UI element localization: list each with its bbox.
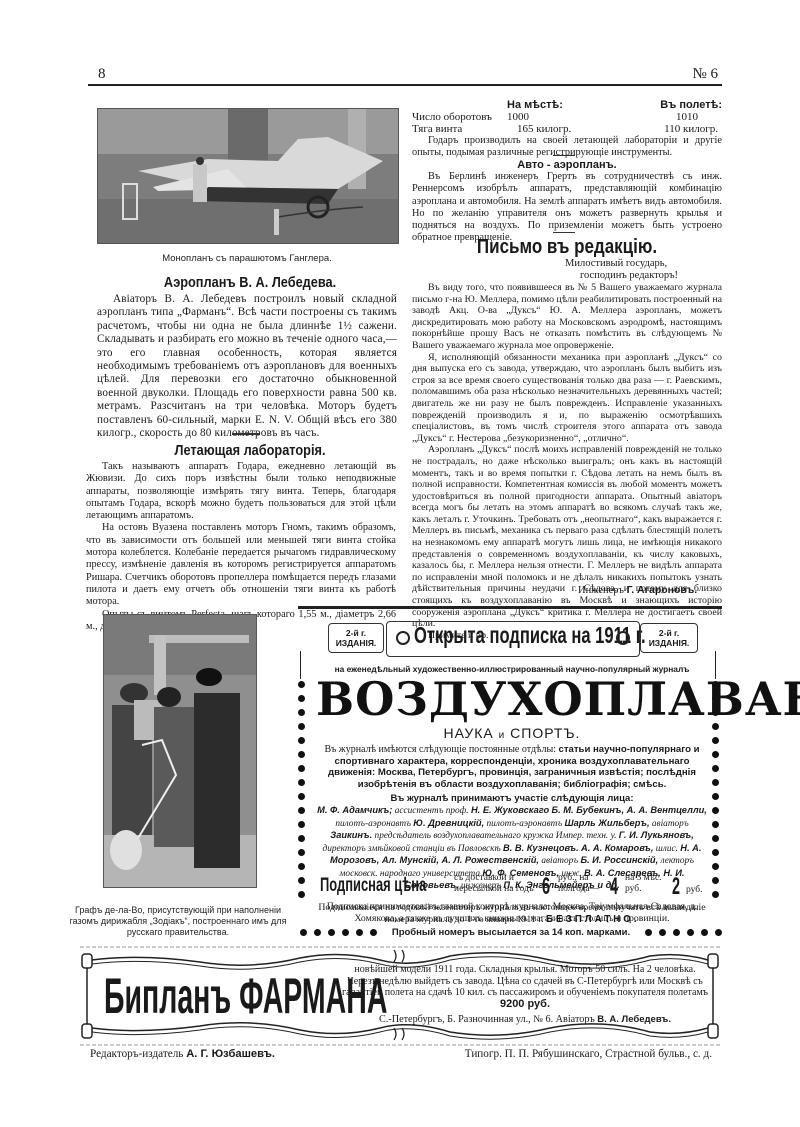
auto-heading: Авто - аэропланъ.: [412, 159, 722, 171]
signature-prefix: Инженеръ: [578, 585, 624, 596]
letter-salutation-1: Милостивый государь,: [565, 258, 667, 269]
price-quarter: 2: [672, 873, 680, 901]
results-col-label: [412, 99, 507, 111]
dot-ornament: [298, 765, 305, 772]
dot-ornament: [298, 835, 305, 842]
contributor-role: шлис.: [656, 844, 678, 854]
editor-label: Редакторъ-издатель: [90, 1048, 183, 1060]
farman-description: новѣйшей модели 1911 года. Складныя крыл…: [342, 964, 708, 1010]
letter-paragraph: Я, исполняющій обязанности механика при …: [412, 352, 722, 445]
price-year: 6: [542, 873, 550, 901]
price-label: Подписная цѣна: [320, 875, 426, 897]
dot-ornament: [712, 751, 719, 758]
table-cell: Тяга винта: [412, 123, 507, 135]
letter-salutation-2: господинъ редакторъ!: [580, 270, 678, 281]
table-cell: 1000: [507, 111, 627, 123]
dot-ornament: [298, 849, 305, 856]
farman-address-line: С.-Петербургъ, Б. Разночинная ул., № 6. …: [342, 1014, 708, 1025]
table-cell: Число оборотовъ: [412, 111, 507, 123]
farman-text: новѣйшей модели 1911 года. Складныя крыл…: [342, 964, 708, 998]
journal-title: ВОЗДУХОПЛАВАНІЕ: [316, 673, 708, 725]
badge-line-1: 2-й г.: [329, 628, 383, 638]
price-terms-quarter: на 3 мѣс. руб.: [625, 873, 669, 894]
dot-ornament: [328, 929, 335, 936]
lab-heading: Летающая лабораторія.: [114, 442, 386, 459]
badge-line-2: ИЗДАНІЯ.: [329, 638, 383, 648]
count-image: [104, 615, 256, 887]
contributor: Ю. Древницкій,: [413, 818, 484, 828]
price-terms-year: съ доставкой и пересылкой на годъ: [454, 873, 546, 894]
dot-ornament: [712, 891, 719, 898]
lebedev-text: Авіаторъ В. А. Лебедевъ построилъ новый …: [97, 293, 397, 440]
sample-note: Пробный номеръ высылается за 14 коп. мар…: [392, 927, 630, 938]
section-divider: [553, 155, 575, 156]
dot-ornament: [314, 929, 321, 936]
letter-paragraph: Аэропланъ „Дуксъ“ послѣ моихъ исправлені…: [412, 444, 722, 630]
ring-icon-right: [616, 631, 630, 645]
issue-number: № 6: [692, 66, 718, 83]
dot-ornament: [298, 793, 305, 800]
lab-paragraph-2: На остовъ Вуазена поставленъ моторъ Гном…: [86, 522, 396, 608]
ring-icon-left: [396, 631, 410, 645]
dot-ornament: [712, 765, 719, 772]
table-cell: 165 килогр.: [507, 123, 627, 135]
price-currency: руб.: [686, 885, 702, 895]
dot-ornament: [712, 737, 719, 744]
tagline-science: НАУКА: [444, 725, 494, 741]
dot-ornament: [673, 929, 680, 936]
contributor: М. Ф. Адамчикъ;: [317, 805, 392, 815]
dot-row-right: [645, 929, 722, 936]
farman-aviator: В. А. Лебедевъ.: [597, 1014, 671, 1025]
contributor: Г. И. Лукьяновъ,: [619, 830, 694, 840]
subscription-banner: Открыта подписка на 1911 г.: [414, 622, 646, 649]
dot-ornament: [342, 929, 349, 936]
dot-ornament: [298, 891, 305, 898]
dot-ornament: [298, 723, 305, 730]
left-dot-border: [298, 681, 305, 898]
contributor: Заикинъ.: [330, 830, 372, 840]
contributor: Б. М. Бубекинъ, А. А. Вентцелли,: [552, 805, 707, 815]
price-half: 4: [610, 873, 618, 901]
footer-printer: Типогр. П. П. Рябушинскаго, Страстной бу…: [465, 1048, 712, 1060]
count-photo: [103, 614, 257, 888]
dot-ornament: [645, 929, 652, 936]
edition-badge-right: 2-й г. ИЗДАНІЯ.: [640, 623, 698, 653]
contributor-role: пилотъ-аэронавтъ: [487, 819, 563, 829]
page-number: 8: [98, 66, 106, 83]
dot-ornament: [298, 863, 305, 870]
dot-ornament: [298, 695, 305, 702]
tagline-and: и: [499, 730, 506, 741]
auto-paragraph: Въ Берлинѣ инженеръ Грертъ въ сотрудниче…: [412, 171, 722, 245]
dot-ornament: [659, 929, 666, 936]
contributor-role: директоръ змѣйковой станціи въ Павловскѣ: [323, 844, 501, 854]
letter-heading: Письмо въ редакцію.: [435, 236, 699, 259]
dot-ornament: [298, 751, 305, 758]
contributor: А. А. Комаровъ,: [581, 843, 653, 853]
count-caption: Графъ де-ла-Во, присутствующій при напол…: [68, 905, 288, 938]
lebedev-heading: Аэропланъ В. А. Лебедева.: [114, 274, 386, 291]
sections-intro: Въ журналѣ имѣются слѣдующіе постоянные …: [324, 744, 556, 755]
tagline-sport: СПОРТЪ.: [510, 725, 580, 741]
sample-note-row: Пробный номеръ высылается за 14 коп. мар…: [300, 926, 722, 938]
badge-line-1: 2-й г.: [641, 628, 697, 638]
dot-ornament: [712, 849, 719, 856]
badge-line-2: ИЗДАНІЯ.: [641, 638, 697, 648]
table-row: Число оборотовъ 1000 1010: [412, 111, 722, 123]
letter-paragraph: Въ виду того, что появившееся въ № 5 Ваш…: [412, 282, 722, 352]
dot-ornament: [370, 929, 377, 936]
left-rule: [300, 651, 301, 679]
dot-ornament: [712, 807, 719, 814]
table-cell: 110 килогр.: [627, 123, 722, 135]
lebedev-paragraph: Авіаторъ В. А. Лебедевъ построилъ новый …: [97, 293, 397, 440]
dot-ornament: [300, 929, 307, 936]
section-divider: [232, 433, 260, 435]
contributor-role: предсѣдатель воздухоплавательнаго кружка…: [375, 831, 617, 841]
dot-ornament: [687, 929, 694, 936]
results-col-flight: Въ полетѣ:: [627, 99, 722, 111]
contributors-heading: Въ журналѣ принимаютъ участіе слѣдующія …: [312, 793, 712, 804]
office-note: Подписка принимается: въ главной конторѣ…: [316, 901, 708, 924]
dot-ornament: [712, 877, 719, 884]
dot-ornament: [298, 681, 305, 688]
table-cell: 1010: [627, 111, 722, 123]
contributor-role: пилотъ-аэронавтъ: [335, 819, 411, 829]
letter-signature: Инженеръ Г. Агароновъ.: [578, 584, 697, 596]
dot-ornament: [298, 709, 305, 716]
dot-ornament: [701, 929, 708, 936]
contributor-role: авіаторъ: [652, 819, 689, 829]
auto-text: Въ Берлинѣ инженеръ Грертъ въ сотрудниче…: [412, 171, 722, 245]
dot-ornament: [712, 863, 719, 870]
contributor-role: авіаторъ: [541, 856, 578, 866]
results-col-ground: На мѣстѣ:: [507, 99, 627, 111]
farman-ad: Бипланъ ФАРМАНА новѣйшей модели 1911 год…: [80, 946, 720, 1046]
dot-ornament: [712, 835, 719, 842]
contributor: Н. Е. Жуковскаго: [471, 805, 549, 815]
dot-ornament: [712, 821, 719, 828]
dot-ornament: [298, 779, 305, 786]
dot-ornament: [298, 877, 305, 884]
dot-ornament: [356, 929, 363, 936]
monoplane-image: [98, 109, 398, 243]
dot-ornament: [298, 737, 305, 744]
lab-paragraph-1: Такъ называютъ аппаратъ Годара, ежедневн…: [86, 461, 396, 522]
header-rule: [88, 84, 722, 86]
subscription-ad: 2-й г. ИЗДАНІЯ. Открыта подписка на 1911…: [298, 606, 722, 929]
price-terms-half: руб., на полгода—: [558, 873, 610, 894]
dot-ornament: [712, 779, 719, 786]
dot-ornament: [298, 807, 305, 814]
signature-name: Г. Агароновъ.: [627, 584, 698, 596]
contributor-role: ассистентъ проф.: [395, 806, 469, 816]
monoplane-photo: [97, 108, 399, 244]
sections-description: Въ журналѣ имѣются слѣдующіе постоянные …: [316, 744, 708, 790]
section-divider: [553, 232, 575, 233]
farman-address: С.-Петербургъ, Б. Разночинная ул., № 6. …: [379, 1014, 595, 1025]
dot-ornament: [298, 821, 305, 828]
results-header-row: На мѣстѣ: Въ полетѣ:: [412, 99, 722, 111]
contributor: Б. И. Россинскій,: [580, 855, 658, 865]
journal-tagline: НАУКА и СПОРТЪ.: [312, 725, 712, 741]
table-row: Тяга винта 165 килогр. 110 килогр.: [412, 123, 722, 135]
farman-price: 9200 руб.: [500, 998, 550, 1010]
price-row: Подписная цѣна съ доставкой и пересылкой…: [320, 873, 710, 901]
dot-row-left: [300, 929, 377, 936]
dot-ornament: [715, 929, 722, 936]
edition-badge-left: 2-й г. ИЗДАНІЯ.: [328, 623, 384, 653]
dot-ornament: [712, 793, 719, 800]
monoplane-caption: Монопланъ съ парашютомъ Ганглера.: [97, 253, 397, 265]
editor-name: А. Г. Юзбашевъ.: [186, 1048, 275, 1060]
results-table: На мѣстѣ: Въ полетѣ: Число оборотовъ 100…: [412, 99, 722, 135]
contributor: Шарль Жильберъ,: [564, 818, 649, 828]
footer-editor: Редакторъ-издатель А. Г. Юзбашевъ.: [90, 1048, 275, 1060]
contributor: В. В. Кузнецовъ.: [503, 843, 579, 853]
